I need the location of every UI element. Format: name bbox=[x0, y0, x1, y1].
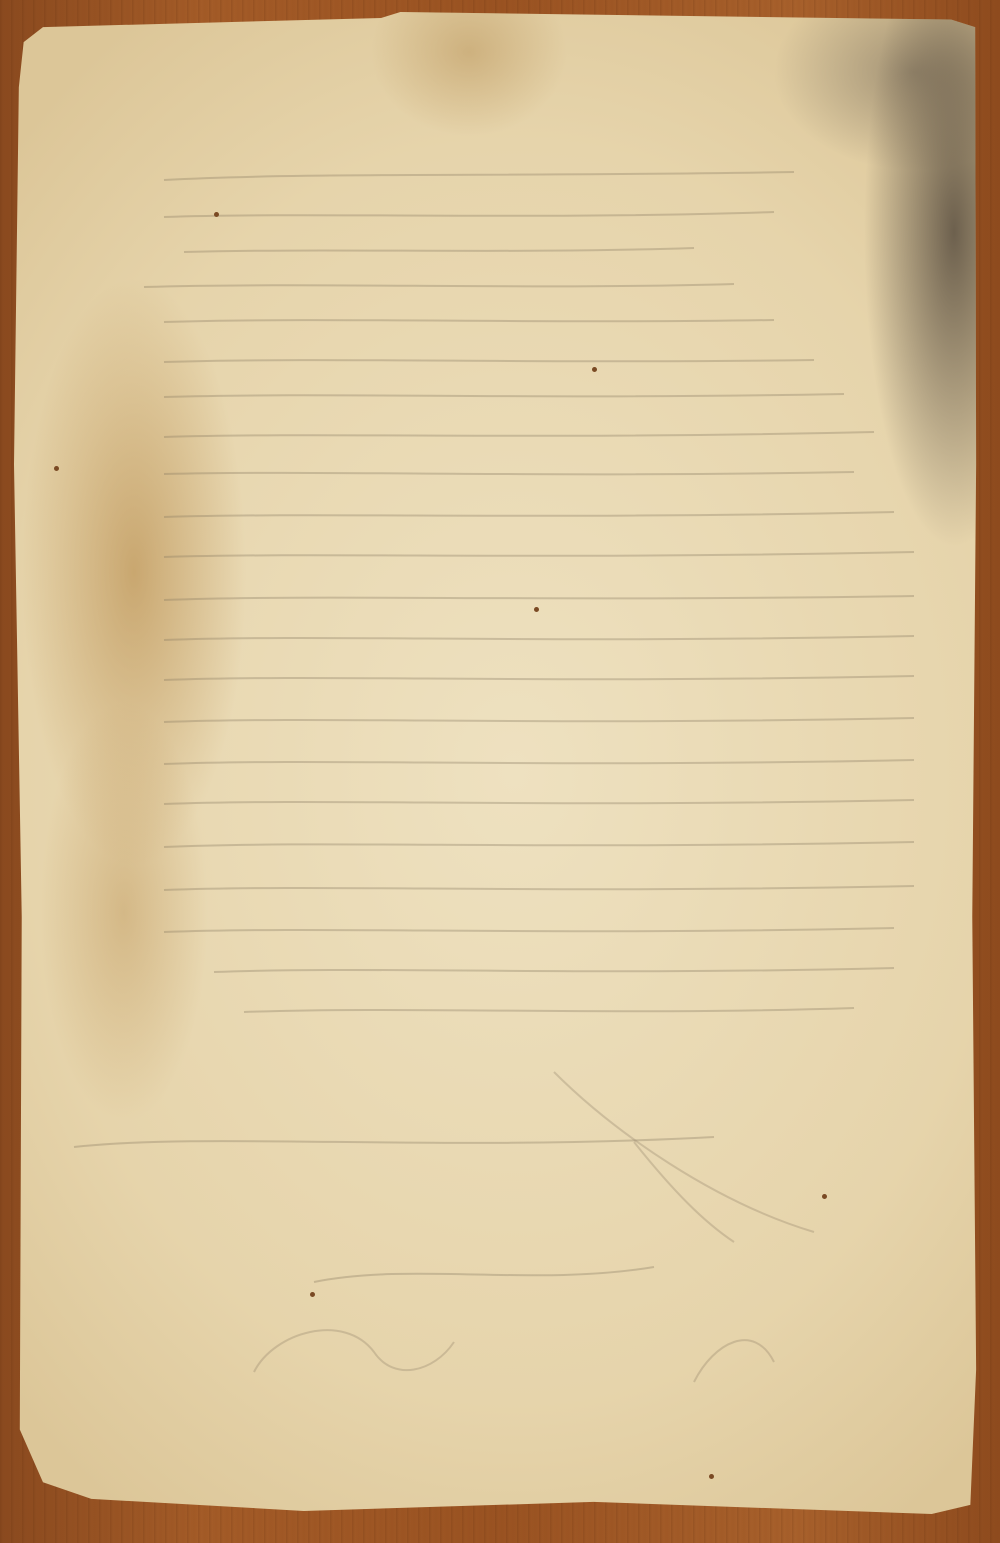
manuscript-page bbox=[14, 12, 980, 1520]
ink-spot bbox=[709, 1474, 714, 1479]
ink-spot bbox=[310, 1292, 315, 1297]
ink-spot bbox=[822, 1194, 827, 1199]
bleed-through-handwriting bbox=[14, 12, 980, 1520]
ink-spot bbox=[54, 466, 59, 471]
ink-spot bbox=[592, 367, 597, 372]
ink-spot bbox=[214, 212, 219, 217]
ink-spot bbox=[534, 607, 539, 612]
